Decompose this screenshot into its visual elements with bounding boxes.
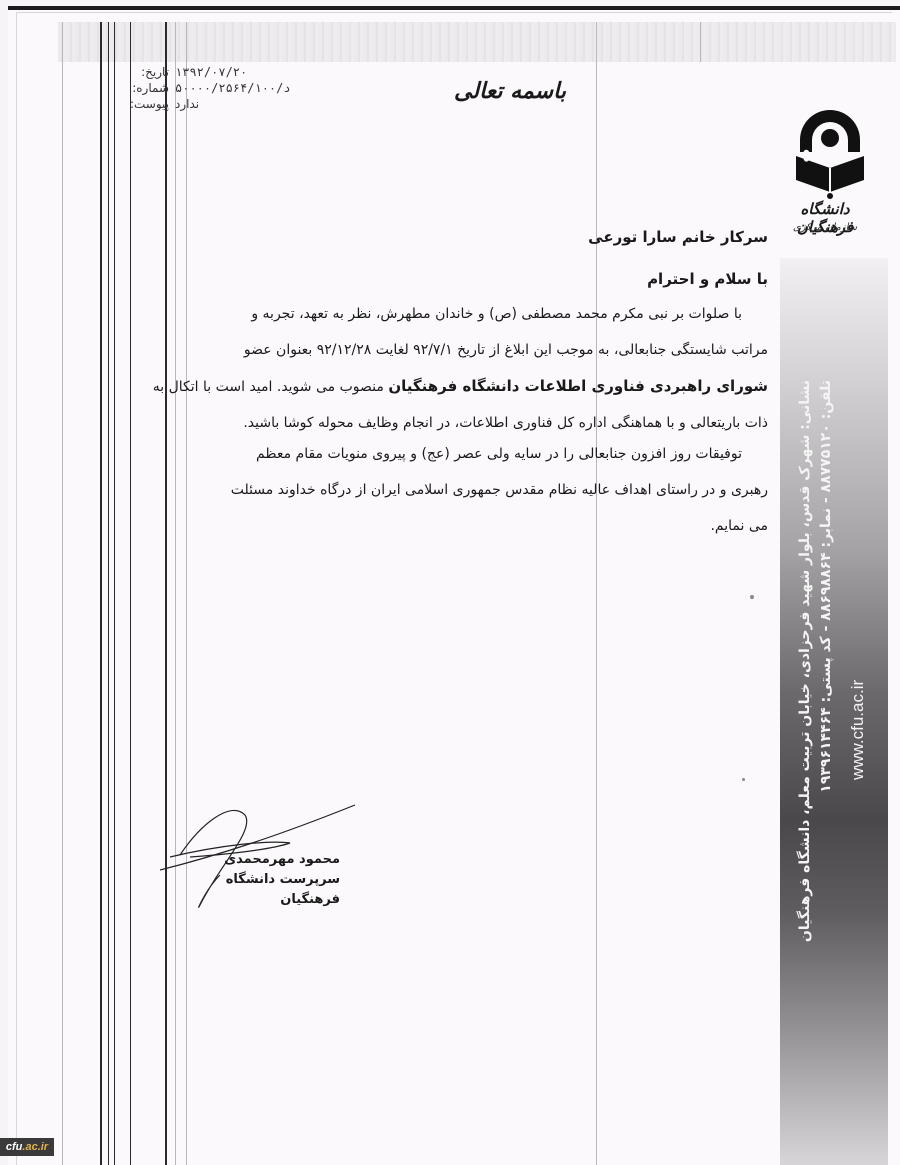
letter-meta: تاریخ: ۱۳۹۲/۰۷/۲۰ شماره: د/۵۰۰۰۰/۲۵۶۴/۱۰…	[125, 64, 295, 112]
meta-number-label: شماره:	[125, 80, 169, 96]
scan-speck	[750, 595, 754, 599]
paragraph-2-line-3: می نمایم.	[150, 508, 768, 544]
letterhead-website: www.cfu.ac.ir	[848, 680, 868, 780]
scan-line	[108, 22, 109, 1165]
signatory-name: محمود مهرمحمدی	[180, 850, 340, 870]
watermark-prefix: cfu	[6, 1141, 23, 1153]
meta-date-label: تاریخ:	[125, 64, 169, 80]
signature-block: محمود مهرمحمدی سرپرست دانشگاه فرهنگیان	[180, 850, 340, 910]
meta-date: تاریخ: ۱۳۹۲/۰۷/۲۰	[125, 64, 295, 80]
watermark-suffix: .ac.ir	[22, 1141, 48, 1153]
letterhead-contact-numbers: تلفن: ۸۸۷۷۵۱۲۰ - نمابر: ۸۸۶۹۸۸۶۴ - کد پس…	[818, 380, 834, 980]
scan-line	[130, 22, 131, 1165]
meta-date-value: ۱۳۹۲/۰۷/۲۰	[175, 64, 247, 80]
meta-attachment: پیوست: ندارد	[125, 96, 295, 112]
letter-paragraph-2: توفیقات روز افزون جنابعالی را در سایه ول…	[150, 436, 768, 544]
scan-line	[114, 22, 115, 1165]
paragraph-2-line-1: توفیقات روز افزون جنابعالی را در سایه ول…	[150, 436, 768, 472]
paragraph-2-line-2: رهبری و در راستای اهداف عالیه نظام مقدس …	[150, 472, 768, 508]
meta-attachment-label: پیوست:	[125, 96, 169, 112]
scan-line	[175, 22, 176, 1165]
scan-line	[165, 22, 167, 1165]
meta-number: شماره: د/۵۰۰۰۰/۲۵۶۴/۱۰۰	[125, 80, 295, 96]
scan-line	[100, 22, 102, 1165]
university-logo-icon	[790, 80, 870, 200]
meta-number-value: د/۵۰۰۰۰/۲۵۶۴/۱۰۰	[175, 80, 291, 96]
paragraph-1-line-3: شورای راهبردی فناوری اطلاعات دانشگاه فره…	[150, 368, 768, 405]
logo-subtitle: سازمان مرکزی	[790, 222, 860, 233]
scan-speck	[742, 778, 745, 781]
greeting: با سلام و احترام	[420, 270, 768, 288]
meta-attachment-value: ندارد	[175, 96, 199, 112]
letter-paragraph-1: با صلوات بر نبی مکرم محمد مصطفی (ص) و خا…	[150, 296, 768, 441]
paragraph-1-line-3-rest: منصوب می شوید. امید است با اتکال به	[153, 379, 389, 395]
watermark-badge: cfu.ac.ir	[0, 1138, 54, 1156]
basmala-heading: باسمه تعالی	[450, 78, 570, 104]
scan-artifact-band	[58, 22, 896, 62]
scan-line	[700, 22, 701, 62]
paragraph-1-line-1: با صلوات بر نبی مکرم محمد مصطفی (ص) و خا…	[150, 296, 768, 332]
council-name: شورای راهبردی فناوری اطلاعات دانشگاه فره…	[388, 377, 768, 395]
scan-line	[62, 22, 63, 1165]
scan-line	[186, 22, 187, 1165]
scan-line	[596, 22, 597, 1165]
paragraph-1-line-2: مراتب شایستگی جنابعالی، به موجب این ابلا…	[150, 332, 768, 368]
letterhead-address: نشانی: شهرک قدس، بلوار شهید فرحزادی، خیا…	[797, 380, 813, 980]
signatory-title: سرپرست دانشگاه فرهنگیان	[180, 870, 340, 910]
addressee: سرکار خانم سارا تورعی	[420, 228, 768, 246]
page-edge	[16, 12, 892, 1165]
